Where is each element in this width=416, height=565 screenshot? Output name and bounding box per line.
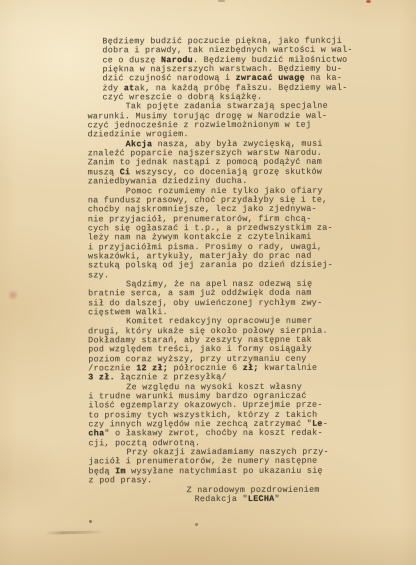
closing-signature: Redakcja "LECHA" [89,494,364,504]
letter-body: Będziemy budzić poczucie piękna, jako fu… [87,37,363,486]
paper-shading-bottom-left [0,430,70,520]
paragraph-4: Pomoc rozumiemy nie tylko jako ofiaryna … [88,186,363,280]
paper-smudge-left [8,289,18,301]
pencil-smudge-bottom [45,530,105,534]
scanned-letter-page: Będziemy budzić poczucie piękna, jako fu… [0,0,416,565]
letter-closing: Z narodowym pozdrowieniemRedakcja "LECHA… [89,485,364,504]
letter-text-block: Będziemy budzić poczucie piękna, jako fu… [87,37,363,505]
text-line: sztuką polską od jej zarania po dzień dz… [88,261,363,271]
paragraph-6: Komitet redakcyjny opracowuje numerdrugi… [88,317,363,383]
paragraph-5: Sądzimy, że na apel nasz odezwą siębratn… [88,280,363,318]
paper-mark-top [218,0,225,2]
paragraph-3: Akcja nasza, aby była zwycięską, musizna… [88,139,363,186]
paragraph-2: Tak pojęte zadania stwarzają specjalnewa… [88,102,363,140]
ink-speck-b [195,523,198,526]
paragraph-8: Przy okazji zawiadamiamy naszych przy-ja… [88,448,363,486]
paper-stain-red-icon [366,0,371,3]
paragraph-1: Będziemy budzić poczucie piękna, jako fu… [102,37,362,103]
ink-speck-a [89,520,92,523]
paragraph-7: Ze względu na wysoki koszt własnyi trudn… [88,382,363,448]
